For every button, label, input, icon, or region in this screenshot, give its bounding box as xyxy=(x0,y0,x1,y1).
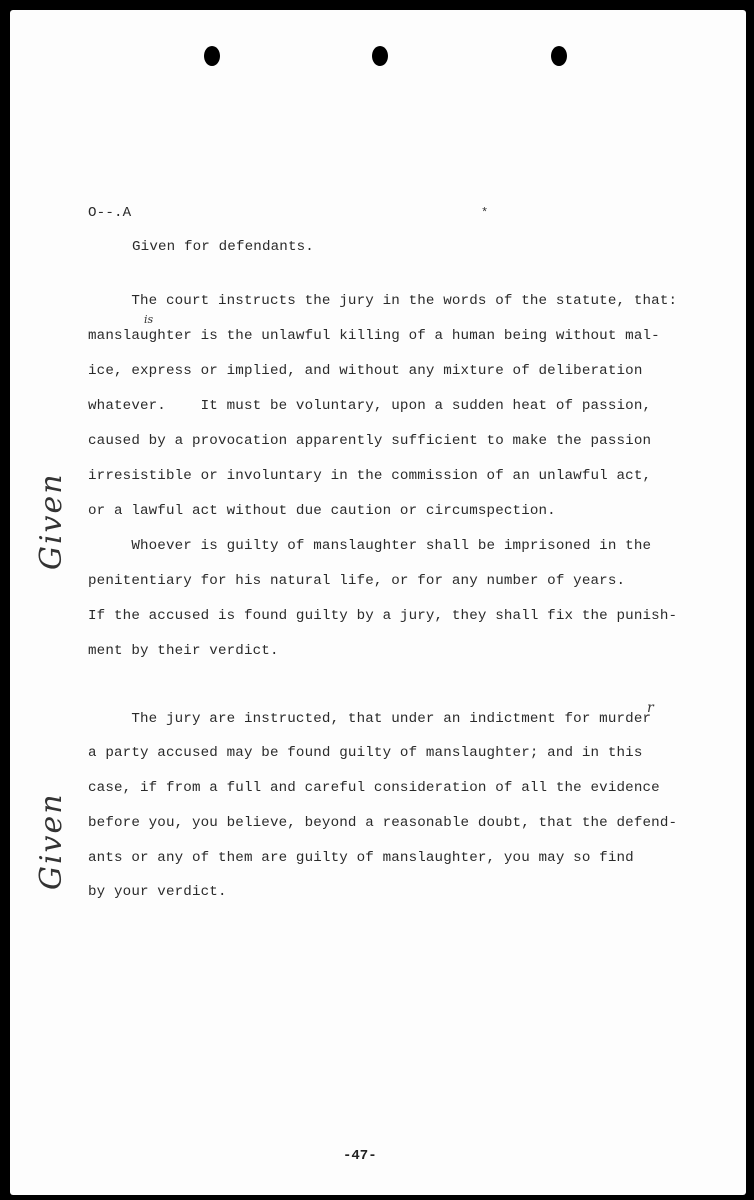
paragraph1-line: caused by a provocation apparently suffi… xyxy=(88,432,651,450)
paragraph1-line: irresistible or involuntary in the commi… xyxy=(88,467,651,485)
paragraph3-line: ants or any of them are guilty of mansla… xyxy=(88,849,634,867)
scanned-page: O--.A * Given for defendants. The court … xyxy=(10,10,746,1195)
paragraph3-line: before you, you believe, beyond a reason… xyxy=(88,814,677,832)
handwritten-correction: is xyxy=(144,313,153,326)
paragraph1-line: whatever. It must be voluntary, upon a s… xyxy=(88,397,651,415)
paragraph3-line: The jury are instructed, that under an i… xyxy=(88,710,651,728)
subtitle: Given for defendants. xyxy=(132,238,314,256)
paragraph3-line: a party accused may be found guilty of m… xyxy=(88,744,643,762)
paragraph1-line: ice, express or implied, and without any… xyxy=(88,362,643,380)
paragraph2-line: If the accused is found guilty by a jury… xyxy=(88,607,677,625)
asterisk-mark: * xyxy=(481,206,488,220)
page-number: -47- xyxy=(343,1148,377,1164)
punch-hole xyxy=(204,46,220,66)
paragraph1-line: The court instructs the jury in the word… xyxy=(88,292,677,310)
paragraph2-line: ment by their verdict. xyxy=(88,642,279,660)
paragraph1-line: or a lawful act without due caution or c… xyxy=(88,502,556,520)
paragraph2-line: Whoever is guilty of manslaughter shall … xyxy=(88,537,651,555)
header-code: O--.A xyxy=(88,204,131,222)
paragraph3-line: case, if from a full and careful conside… xyxy=(88,779,660,797)
handwritten-margin-note: Given xyxy=(34,472,69,570)
punch-hole xyxy=(372,46,388,66)
handwritten-margin-note: Given xyxy=(34,792,69,890)
paragraph3-line: by your verdict. xyxy=(88,883,227,901)
paragraph1-line: manslaughter is the unlawful killing of … xyxy=(88,327,660,345)
paragraph2-line: penitentiary for his natural life, or fo… xyxy=(88,572,625,590)
punch-hole xyxy=(551,46,567,66)
